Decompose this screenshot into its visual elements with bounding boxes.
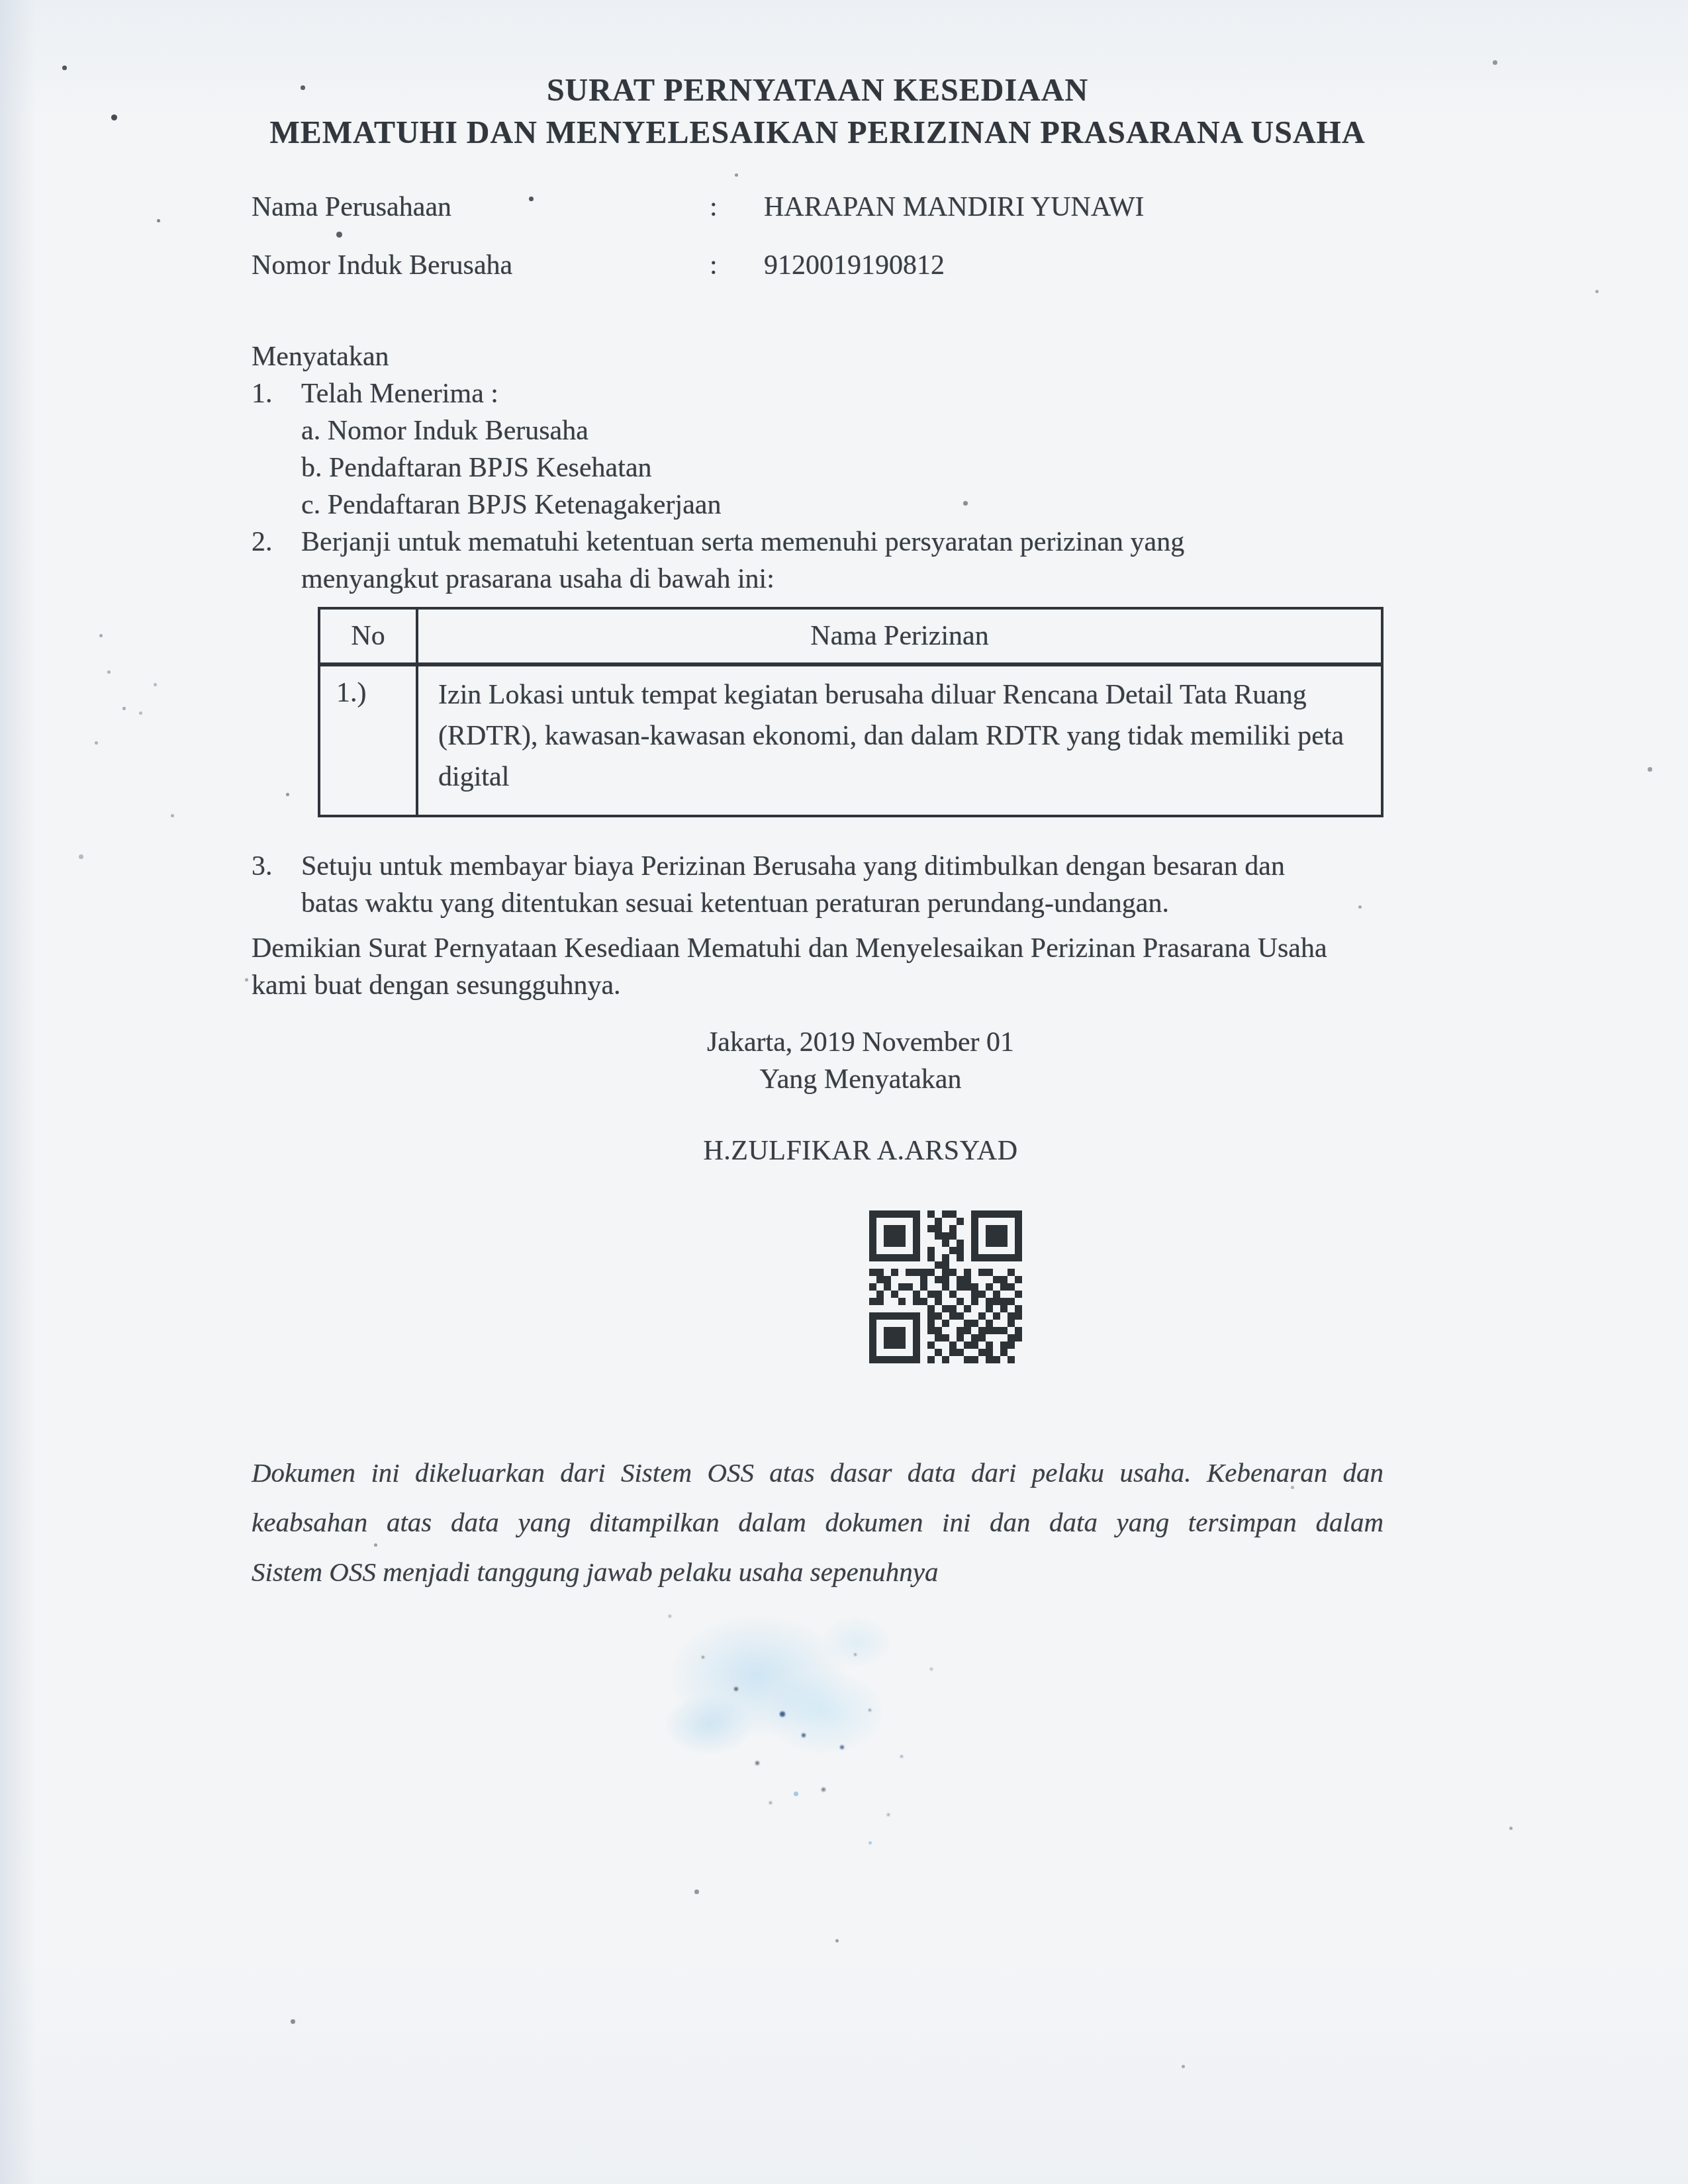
- list-item-3: 3. Setuju untuk membayar biaya Perizinan…: [252, 848, 1383, 922]
- field-label: Nama Perusahaan: [252, 191, 710, 223]
- list-item-line: batas waktu yang ditentukan sesuai keten…: [301, 885, 1383, 922]
- field-value: 9120019190812: [764, 250, 945, 281]
- sub-item-a: a. Nomor Induk Berusaha: [301, 412, 1383, 449]
- document-title: SURAT PERNYATAAN KESEDIAAN MEMATUHI DAN …: [252, 69, 1383, 154]
- list-item-1: 1. Telah Menerima : a. Nomor Induk Berus…: [252, 375, 1383, 523]
- field-separator: :: [710, 250, 764, 281]
- company-fields: Nama Perusahaan : HARAPAN MANDIRI YUNAWI…: [252, 191, 1383, 308]
- statement-list-continued: 3. Setuju untuk membayar biaya Perizinan…: [252, 848, 1383, 922]
- list-item-body: Telah Menerima : a. Nomor Induk Berusaha…: [301, 375, 1383, 523]
- list-item-line: menyangkut prasarana usaha di bawah ini:: [301, 561, 1383, 598]
- list-item-body: Berjanji untuk mematuhi ketentuan serta …: [301, 523, 1383, 598]
- list-item-body: Setuju untuk membayar biaya Perizinan Be…: [301, 848, 1383, 922]
- field-label: Nomor Induk Berusaha: [252, 250, 710, 281]
- list-item-number: 1.: [252, 375, 301, 523]
- closing-line: Demikian Surat Pernyataan Kesediaan Mema…: [252, 930, 1383, 967]
- disclaimer-line: Dokumen ini dikeluarkan dari Sistem OSS …: [252, 1448, 1383, 1498]
- field-row-company-name: Nama Perusahaan : HARAPAN MANDIRI YUNAWI: [252, 191, 1383, 250]
- disclaimer-line: Sistem OSS menjadi tanggung jawab pelaku…: [252, 1547, 1383, 1597]
- document-page: SURAT PERNYATAAN KESEDIAAN MEMATUHI DAN …: [0, 0, 1688, 2184]
- perizinan-table: No Nama Perizinan 1.) Izin Lokasi untuk …: [318, 607, 1383, 817]
- signature-place-date: Jakarta, 2019 November 01: [655, 1024, 1066, 1061]
- table-header-nama-perizinan: Nama Perizinan: [417, 608, 1382, 664]
- signature-name: H.ZULFIKAR A.ARSYAD: [655, 1132, 1066, 1169]
- document-title-line2: MEMATUHI DAN MENYELESAIKAN PERIZINAN PRA…: [252, 112, 1383, 154]
- sub-item-c: c. Pendaftaran BPJS Ketenagakerjaan: [301, 486, 1383, 523]
- list-item-number: 3.: [252, 848, 301, 922]
- table-cell-no: 1.): [319, 664, 417, 816]
- document-content: SURAT PERNYATAAN KESEDIAAN MEMATUHI DAN …: [0, 0, 1688, 1597]
- table-row: 1.) Izin Lokasi untuk tempat kegiatan be…: [319, 664, 1382, 816]
- statement-label: Menyatakan: [252, 338, 1383, 375]
- disclaimer-line: keabsahan atas data yang ditampilkan dal…: [252, 1498, 1383, 1547]
- closing-paragraph: Demikian Surat Pernyataan Kesediaan Mema…: [252, 930, 1383, 1004]
- list-item-2: 2. Berjanji untuk mematuhi ketentuan ser…: [252, 523, 1383, 598]
- field-value: HARAPAN MANDIRI YUNAWI: [764, 191, 1145, 223]
- list-item-line: Telah Menerima :: [301, 375, 1383, 412]
- signature-block: Jakarta, 2019 November 01 Yang Menyataka…: [655, 1024, 1066, 1363]
- field-separator: :: [710, 191, 764, 223]
- table-header-row: No Nama Perizinan: [319, 608, 1382, 664]
- list-item-number: 2.: [252, 523, 301, 598]
- statement-list: 1. Telah Menerima : a. Nomor Induk Berus…: [252, 375, 1383, 598]
- disclaimer: Dokumen ini dikeluarkan dari Sistem OSS …: [252, 1448, 1383, 1597]
- signature-declarer-label: Yang Menyatakan: [655, 1061, 1066, 1098]
- document-title-line1: SURAT PERNYATAAN KESEDIAAN: [252, 69, 1383, 112]
- table-cell-nama-perizinan: Izin Lokasi untuk tempat kegiatan berusa…: [417, 664, 1382, 816]
- sub-item-b: b. Pendaftaran BPJS Kesehatan: [301, 449, 1383, 486]
- list-item-line: Setuju untuk membayar biaya Perizinan Be…: [301, 848, 1383, 885]
- qr-code: [869, 1210, 1022, 1363]
- field-row-nib: Nomor Induk Berusaha : 9120019190812: [252, 250, 1383, 308]
- list-item-line: Berjanji untuk mematuhi ketentuan serta …: [301, 523, 1383, 561]
- closing-line: kami buat dengan sesungguhnya.: [252, 967, 1383, 1004]
- table-header-no: No: [319, 608, 417, 664]
